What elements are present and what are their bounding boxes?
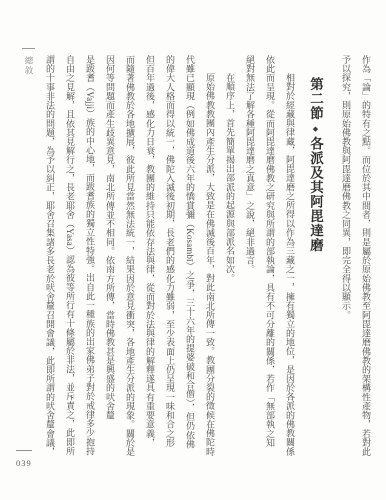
text-column: 作為「論」的特有之點。而位於其中間者，則是屬於原始佛教至阿毘達磨佛教的架構性產物… [359, 55, 372, 457]
text-column: 相對於經藏與律藏，阿毘達磨之所得以作為三藏之一，擁有獨立的地位，是因於各派的佛教… [283, 55, 296, 457]
text-column: 而隨著佛教於各地擴展，彼此所見當然無法統一，結果因於意見衝突，各地產生分派的現象… [123, 55, 136, 457]
text-column: 在順序上，首先簡單揭出部派的起源與部派名如次。 [223, 55, 236, 457]
text-column: 但百年過後，感化力日衰，教團的維持只能依存法與律，從而對於法與律的解釋遂具有重要… [143, 55, 156, 457]
margin-label-rule [22, 48, 35, 49]
text-column: 的偉大人格而得以統一，佛陀入滅後初期，長老們的感化力雖弱，至少表面上仍呈現一味和… [163, 55, 176, 457]
text-column: 原始佛教教團內產生分派，大致是在佛滅後百年，對此南北所傳一致。教團分裂的徵候在佛… [203, 55, 216, 457]
text-column: 代雖已顯現（例如佛成道後六年的憍賞彌（Kosambī）之爭，三十六年的提婆破和合… [183, 55, 196, 457]
text-column: 是跋耆（Vajji）族的中心地，而跋耆族的獨立性特強。出自此一種族的出家佛弟子對… [83, 55, 96, 457]
text-column: 謂的十事非法的問題，為予以糾正，耶舍召集諸多長老於吠舍釐召開會議，此即所謂的吠舍… [43, 55, 56, 457]
text-column: 依此而呈現。從而阿毘達磨佛教之研究與所謂的部執論，具有不可分離的關係，若作「無部… [263, 55, 276, 457]
section-heading: 第二節◆各派及其阿毘達磨 [306, 55, 324, 427]
page-number-rule [16, 450, 32, 451]
text-column: 予以探究，則原始佛教與阿毘達磨佛教之同異，即完全得以顯示。 [339, 55, 352, 457]
text-column: 絕對無法了解各種阿毘達磨之真意」之說，絕非過言。 [243, 55, 256, 457]
section-title: 各派及其阿毘達磨 [308, 137, 323, 253]
book-page: 總敘 作為「論」的特有之點。而位於其中間者，則是屬於原始佛教至阿毘達磨佛教的架構… [0, 0, 386, 500]
section-number: 第二節 [308, 77, 323, 121]
page-number: 039 [16, 458, 32, 468]
text-column: 自由之見解，且依其見解行之，長老耶舍（Yasa）認為彼等所行有十條屬於非法，並斥… [63, 55, 76, 457]
heading-separator-icon: ◆ [306, 124, 324, 134]
margin-label: 總敘 [23, 56, 35, 76]
text-column: 因何等問題而產生歧異意見，南北所傳並不相同。依南方所傳，當時佛教甚是興盛的吠舍釐… [103, 55, 116, 457]
